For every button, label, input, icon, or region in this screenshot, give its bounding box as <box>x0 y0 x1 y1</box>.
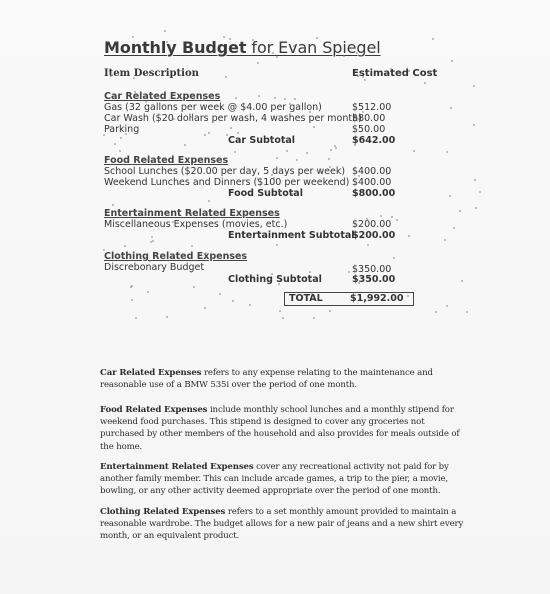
column-header-cost: Estimated Cost <box>352 68 437 79</box>
scan-speck <box>289 103 291 105</box>
scan-speck <box>234 151 236 153</box>
scan-speck <box>475 207 477 209</box>
scan-speck <box>132 36 134 38</box>
scan-speck <box>235 97 237 99</box>
scan-speck <box>274 97 276 99</box>
scan-speck <box>264 190 266 192</box>
scan-speck <box>391 216 393 218</box>
scan-speck <box>450 107 452 109</box>
scan-speck <box>271 174 273 176</box>
scan-speck <box>103 134 105 136</box>
scan-speck <box>474 179 476 181</box>
scan-speck <box>124 245 126 247</box>
scan-speck <box>190 116 192 118</box>
scan-speck <box>191 245 193 247</box>
scan-speck <box>273 177 275 179</box>
scan-speck <box>169 45 171 47</box>
scan-speck <box>190 271 192 273</box>
scan-speck <box>348 271 350 273</box>
scan-speck <box>311 293 313 295</box>
scan-speck <box>173 118 175 120</box>
subtotal-label-entertainment: Entertainment Subtotal <box>228 230 355 241</box>
subtotal-label-car: Car Subtotal <box>228 135 295 146</box>
scan-speck <box>306 152 308 154</box>
scan-speck <box>208 200 210 202</box>
scan-speck <box>258 95 260 97</box>
scan-speck <box>209 172 211 174</box>
document-title: Monthly Budget for Evan Spiegel <box>104 38 381 57</box>
scan-speck <box>232 300 234 302</box>
scan-speck <box>110 75 112 77</box>
scan-speck <box>272 52 274 54</box>
scan-speck <box>330 149 332 151</box>
scan-speck <box>446 305 448 307</box>
paragraph-entertainment: Entertainment Related Expenses cover any… <box>100 461 470 498</box>
scan-speck <box>152 240 154 242</box>
scan-speck <box>120 137 122 139</box>
scan-speck <box>358 282 360 284</box>
paragraph-clothing: Clothing Related Expenses refers to a se… <box>100 506 470 543</box>
scan-speck <box>286 150 288 152</box>
scan-speck <box>461 280 463 282</box>
scan-speck <box>435 311 437 313</box>
scan-speck <box>291 193 293 195</box>
scan-speck <box>147 159 149 161</box>
scan-speck <box>479 191 481 193</box>
scan-speck <box>313 317 315 319</box>
subtotal-food: $800.00 <box>352 188 395 199</box>
scan-speck <box>172 221 174 223</box>
scan-speck <box>296 159 298 161</box>
scan-speck <box>147 291 149 293</box>
paragraph-lead: Car Related Expenses <box>100 368 201 378</box>
scan-speck <box>432 38 434 40</box>
scan-speck <box>453 227 455 229</box>
scan-speck <box>149 260 151 262</box>
scan-speck <box>473 85 475 87</box>
item-cost: $80.00 <box>352 113 385 124</box>
scan-speck <box>225 76 227 78</box>
section-heading-clothing: Clothing Related Expenses <box>104 251 247 262</box>
scan-speck <box>451 60 453 62</box>
subtotal-entertainment: $200.00 <box>352 230 395 241</box>
scan-speck <box>424 82 426 84</box>
scan-speck <box>160 254 162 256</box>
scan-speck <box>166 316 168 318</box>
scan-speck <box>362 76 364 78</box>
scan-speck <box>119 150 121 152</box>
scan-speck <box>459 210 461 212</box>
scan-speck <box>219 293 221 295</box>
paragraph-food: Food Related Expenses include monthly sc… <box>100 404 470 453</box>
item-cost: $400.00 <box>352 177 391 188</box>
scan-speck <box>278 283 280 285</box>
scan-speck <box>334 145 336 147</box>
scan-speck <box>237 132 239 134</box>
scan-speck <box>204 307 206 309</box>
scan-speck <box>131 299 133 301</box>
scan-speck <box>134 91 136 93</box>
paragraph-lead: Entertainment Related Expenses <box>100 462 254 472</box>
total-box: TOTAL $1,992.00 <box>284 292 414 306</box>
scan-speck <box>449 195 451 197</box>
scan-speck <box>335 147 337 149</box>
scan-speck <box>380 215 382 217</box>
scan-speck <box>408 235 410 237</box>
scan-speck <box>473 124 475 126</box>
scan-speck <box>357 75 359 77</box>
scan-speck <box>164 30 166 32</box>
scan-speck <box>282 317 284 319</box>
scan-speck <box>229 38 231 40</box>
scan-speck <box>114 143 116 145</box>
scan-speck <box>226 134 228 136</box>
scan-speck <box>145 101 147 103</box>
item-cost: $200.00 <box>352 219 391 230</box>
scan-speck <box>364 79 366 81</box>
paragraph-lead: Clothing Related Expenses <box>100 507 225 517</box>
item-cost: $50.00 <box>352 124 385 135</box>
total-amount: $1,992.00 <box>350 293 404 305</box>
scan-speck <box>135 317 137 319</box>
scan-speck <box>112 204 114 206</box>
subtotal-label-clothing: Clothing Subtotal <box>228 274 322 285</box>
scan-speck <box>358 175 360 177</box>
scan-speck <box>257 62 259 64</box>
scan-speck <box>284 98 286 100</box>
scan-speck <box>249 304 251 306</box>
scan-speck <box>184 144 186 146</box>
scan-speck <box>293 45 295 47</box>
scan-speck <box>190 212 192 214</box>
item-cost: $512.00 <box>352 102 391 113</box>
title-rest: for Evan Spiegel <box>246 38 380 57</box>
scan-speck <box>466 311 468 313</box>
scan-speck <box>294 98 296 100</box>
scan-speck <box>153 95 155 97</box>
scan-speck <box>257 178 259 180</box>
scan-speck <box>193 286 195 288</box>
title-bold: Monthly Budget <box>104 38 246 57</box>
scan-speck <box>367 244 369 246</box>
scan-speck <box>294 234 296 236</box>
scanned-page: Monthly Budget for Evan Spiegel Item Des… <box>0 0 550 594</box>
paragraph-lead: Food Related Expenses <box>100 405 207 415</box>
total-label: TOTAL <box>289 293 323 305</box>
scan-speck <box>276 56 278 58</box>
scan-speck <box>276 244 278 246</box>
paragraph-car: Car Related Expenses refers to any expen… <box>100 367 470 391</box>
subtotal-car: $642.00 <box>352 135 395 146</box>
scan-speck <box>276 157 278 159</box>
scan-speck <box>393 257 395 259</box>
scan-speck <box>366 218 368 220</box>
section-heading-food: Food Related Expenses <box>104 155 228 166</box>
scan-speck <box>386 173 388 175</box>
scan-speck <box>329 310 331 312</box>
scan-speck <box>446 151 448 153</box>
scan-speck <box>211 257 213 259</box>
scan-speck <box>130 286 132 288</box>
column-header-item: Item Description <box>104 68 199 79</box>
scan-speck <box>444 239 446 241</box>
scan-speck <box>328 158 330 160</box>
section-heading-entertainment: Entertainment Related Expenses <box>104 208 280 219</box>
scan-speck <box>151 236 153 238</box>
scan-speck <box>166 41 168 43</box>
scan-speck <box>413 150 415 152</box>
scan-speck <box>279 310 281 312</box>
scan-speck <box>203 99 205 101</box>
